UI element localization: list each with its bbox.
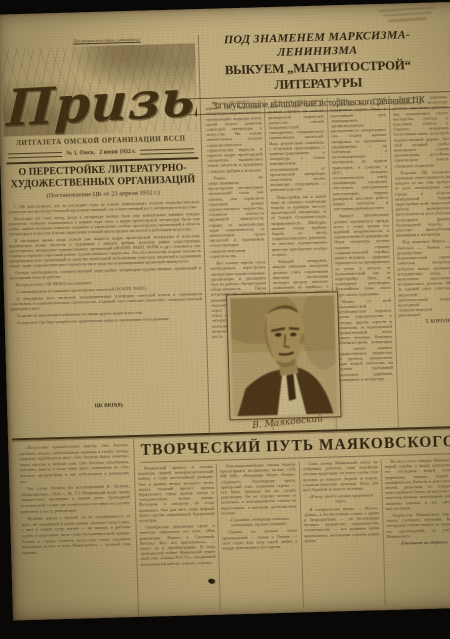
lead-column-4: Писатели и ударники, призванные в литера… — [388, 94, 450, 430]
rule-left — [8, 151, 62, 158]
masthead-logo: Призыв — [1, 43, 197, 136]
feature-body: Маяковский пришел в поэзию накануне перв… — [135, 457, 450, 612]
issue-date: 2 июня 1932 г. — [99, 149, 136, 156]
decree-headline: О ПЕРЕСТРОЙКЕ ЛИТЕРАТУРНО- ХУДОЖЕСТВЕННЫ… — [6, 162, 199, 190]
stamp-mark — [376, 6, 439, 25]
proletarians-slogan: Пролетарии всех стран, соединяйтесь! — [51, 36, 163, 44]
photo-frame — [226, 291, 341, 420]
feature-section: «Искусство принадлежит народу. Оно должн… — [12, 430, 450, 618]
feature-column-1: Маяковский пришел в поэзию накануне перв… — [135, 464, 220, 612]
feature-article: ТВОРЧЕСКИЙ ПУТЬ МАЯКОВСКОГО Маяковский п… — [134, 430, 450, 615]
screenshot-root: { "masthead": { "slogan": "Пролетарии вс… — [0, 0, 450, 639]
feature-quote-column: «Искусство принадлежит народу. Оно должн… — [12, 439, 139, 618]
lead-headline: ВЫКУЕМ „МАГНИТОСТРОЙ“ ЛИТЕРАТУРЫ — [186, 56, 450, 95]
issue-line: № 1. Омск. 2 июня 1932 г. — [8, 147, 194, 158]
mayakovsky-portrait — [230, 295, 337, 416]
masthead-title: Призыв — [5, 73, 194, 135]
feature-column-4: Во весь голос говорил Маяковский о нашей… — [380, 457, 450, 605]
lead-kicker: ПОД ЗНАМЕНЕМ МАРКСИЗМА-ЛЕНИНИЗМА — [185, 26, 450, 61]
rule-right — [140, 148, 194, 155]
feature-column-3: Свои поэмы Маяковский читал на собраниях… — [298, 459, 384, 607]
masthead-subtitle: ЛИТГАЗЕТА ОМСКОЙ ОРГАНИЗАЦИИ ВССП — [8, 135, 194, 148]
decree-signature: ЦК ВКП(б). — [13, 400, 205, 411]
feature-column-2: Революционнейшим этапам борьбы пролетари… — [216, 461, 302, 609]
decree-body: 1. ЦК констатирует, что за последние год… — [7, 199, 204, 402]
issue-number: № 1. Омск. — [66, 150, 95, 157]
newspaper-page: Пролетарии всех стран, соединяйтесь! При… — [0, 2, 450, 621]
decree-article: О ПЕРЕСТРОЙКЕ ЛИТЕРАТУРНО- ХУДОЖЕСТВЕННЫ… — [6, 157, 205, 431]
